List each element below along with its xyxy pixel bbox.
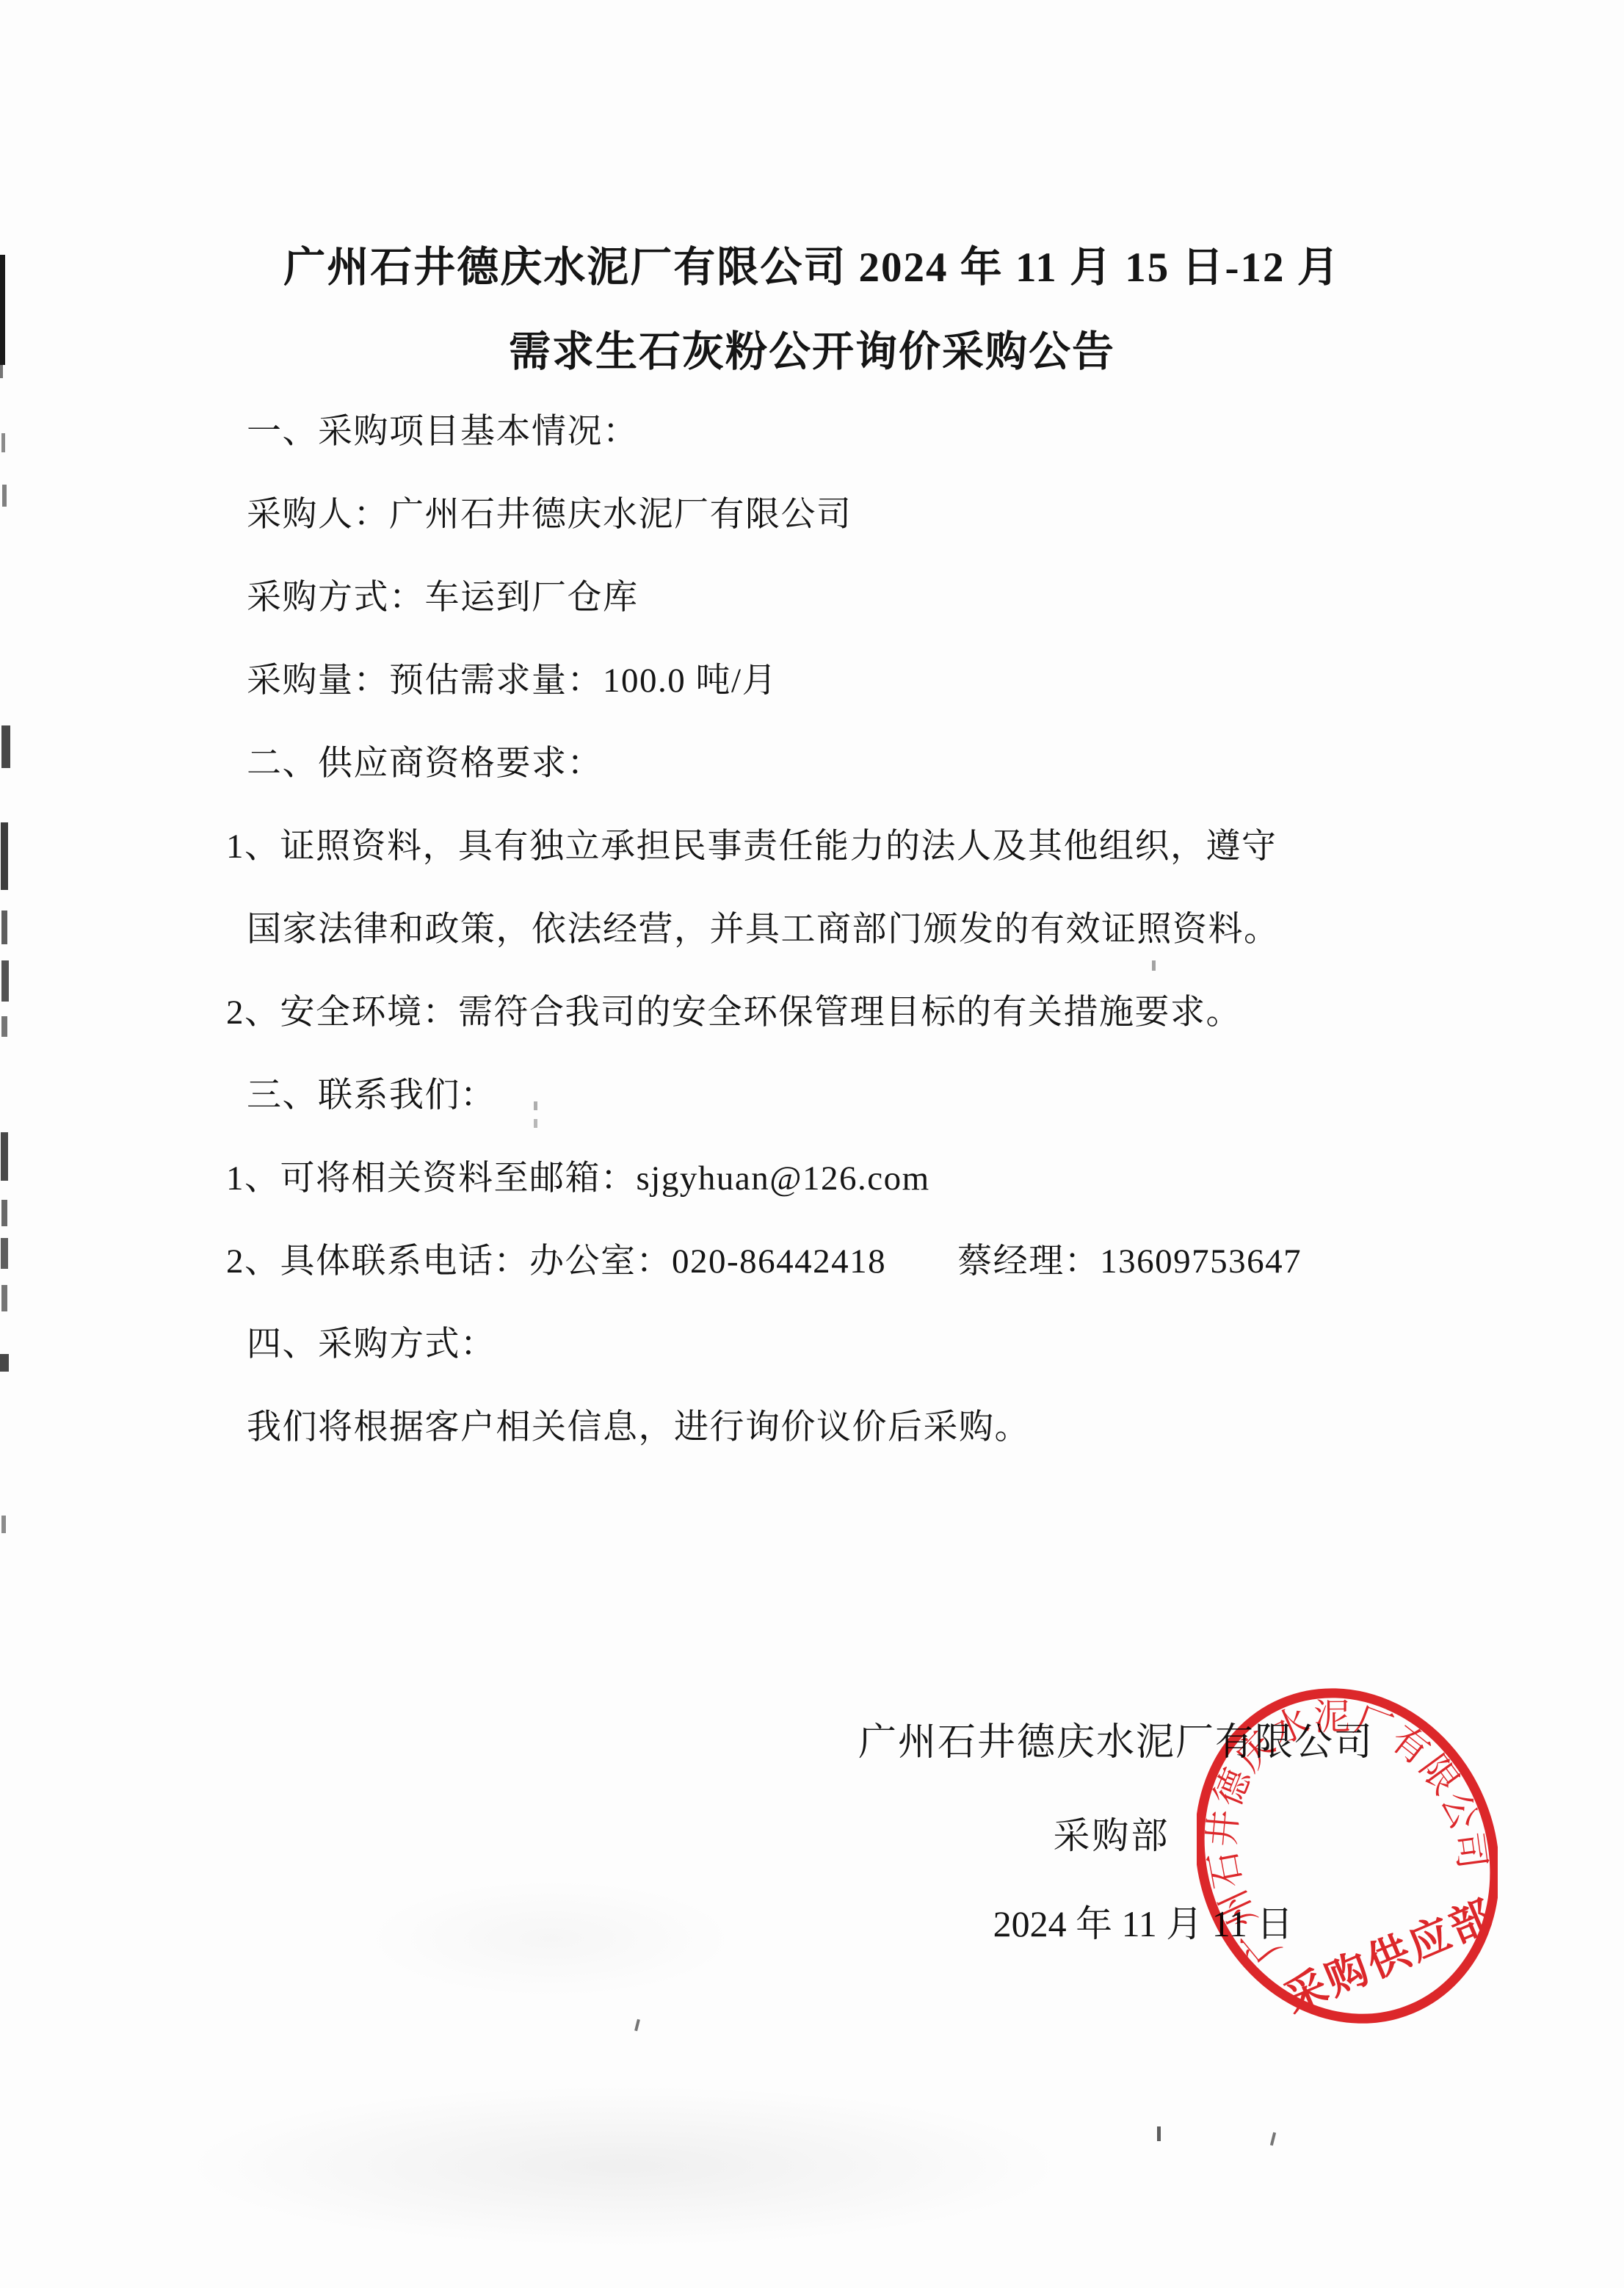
paragraph-section-3: 三、联系我们： xyxy=(226,1054,1511,1137)
scan-artifact xyxy=(1,960,9,1002)
scan-artifact xyxy=(1,822,8,890)
scan-artifact xyxy=(0,1354,9,1372)
scan-smudge xyxy=(367,1880,734,1997)
document-title-line1: 广州石井德庆水泥厂有限公司 2024 年 11 月 15 日-12 月 xyxy=(0,233,1624,294)
scan-artifact xyxy=(1157,2126,1161,2141)
paragraph-email: 1、可将相关资料至邮箱：sjgyhuan@126.com xyxy=(226,1137,1511,1220)
scan-artifact xyxy=(2,485,7,507)
scan-artifact xyxy=(1270,2132,1276,2146)
paragraph-requirement-1: 1、证照资料，具有独立承担民事责任能力的法人及其他组织，遵守 xyxy=(226,805,1511,888)
paragraph-section-1: 一、采购项目基本情况： xyxy=(226,391,1511,474)
stamp-banner-text: 采购供应部 xyxy=(1278,1892,1498,2022)
scan-artifact xyxy=(1,433,5,452)
scan-smudge xyxy=(184,2085,1065,2247)
paragraph-delivery: 采购方式：车运到厂仓库 xyxy=(226,557,1511,640)
company-stamp: 广州石井德庆水泥厂有限公司 采购供应部 xyxy=(1197,1684,1498,2028)
paragraph-requirement-1b: 国家法律和政策，依法经营，并具工商部门颁发的有效证照资料。 xyxy=(226,888,1511,971)
scan-artifact xyxy=(1,1285,7,1311)
paragraph-phones: 2、具体联系电话：办公室：020-86442418 蔡经理：1360975364… xyxy=(226,1220,1511,1303)
scan-artifact xyxy=(1,1516,6,1533)
scan-artifact xyxy=(1,911,7,944)
paragraph-buyer: 采购人：广州石井德庆水泥厂有限公司 xyxy=(226,474,1511,557)
paragraph-section-2: 二、供应商资格要求： xyxy=(226,723,1511,805)
paragraph-section-4: 四、采购方式： xyxy=(226,1303,1511,1386)
scan-artifact xyxy=(634,2019,640,2031)
document-title-line2: 需求生石灰粉公开询价采购公告 xyxy=(0,318,1624,378)
paragraph-requirement-2: 2、安全环境：需符合我司的安全环保管理目标的有关措施要求。 xyxy=(226,971,1511,1054)
scan-artifact xyxy=(1,725,10,768)
scan-artifact xyxy=(1,1016,7,1037)
document-body: 一、采购项目基本情况： 采购人：广州石井德庆水泥厂有限公司 采购方式：车运到厂仓… xyxy=(226,391,1511,1469)
scan-artifact xyxy=(1,1200,7,1226)
paragraph-quantity: 采购量：预估需求量：100.0 吨/月 xyxy=(226,640,1511,723)
scan-artifact xyxy=(1,1132,8,1181)
document-page: 广州石井德庆水泥厂有限公司 2024 年 11 月 15 日-12 月 需求生石… xyxy=(0,0,1624,2288)
scan-artifact xyxy=(1,1238,8,1269)
paragraph-method: 我们将根据客户相关信息，进行询价议价后采购。 xyxy=(226,1386,1511,1469)
